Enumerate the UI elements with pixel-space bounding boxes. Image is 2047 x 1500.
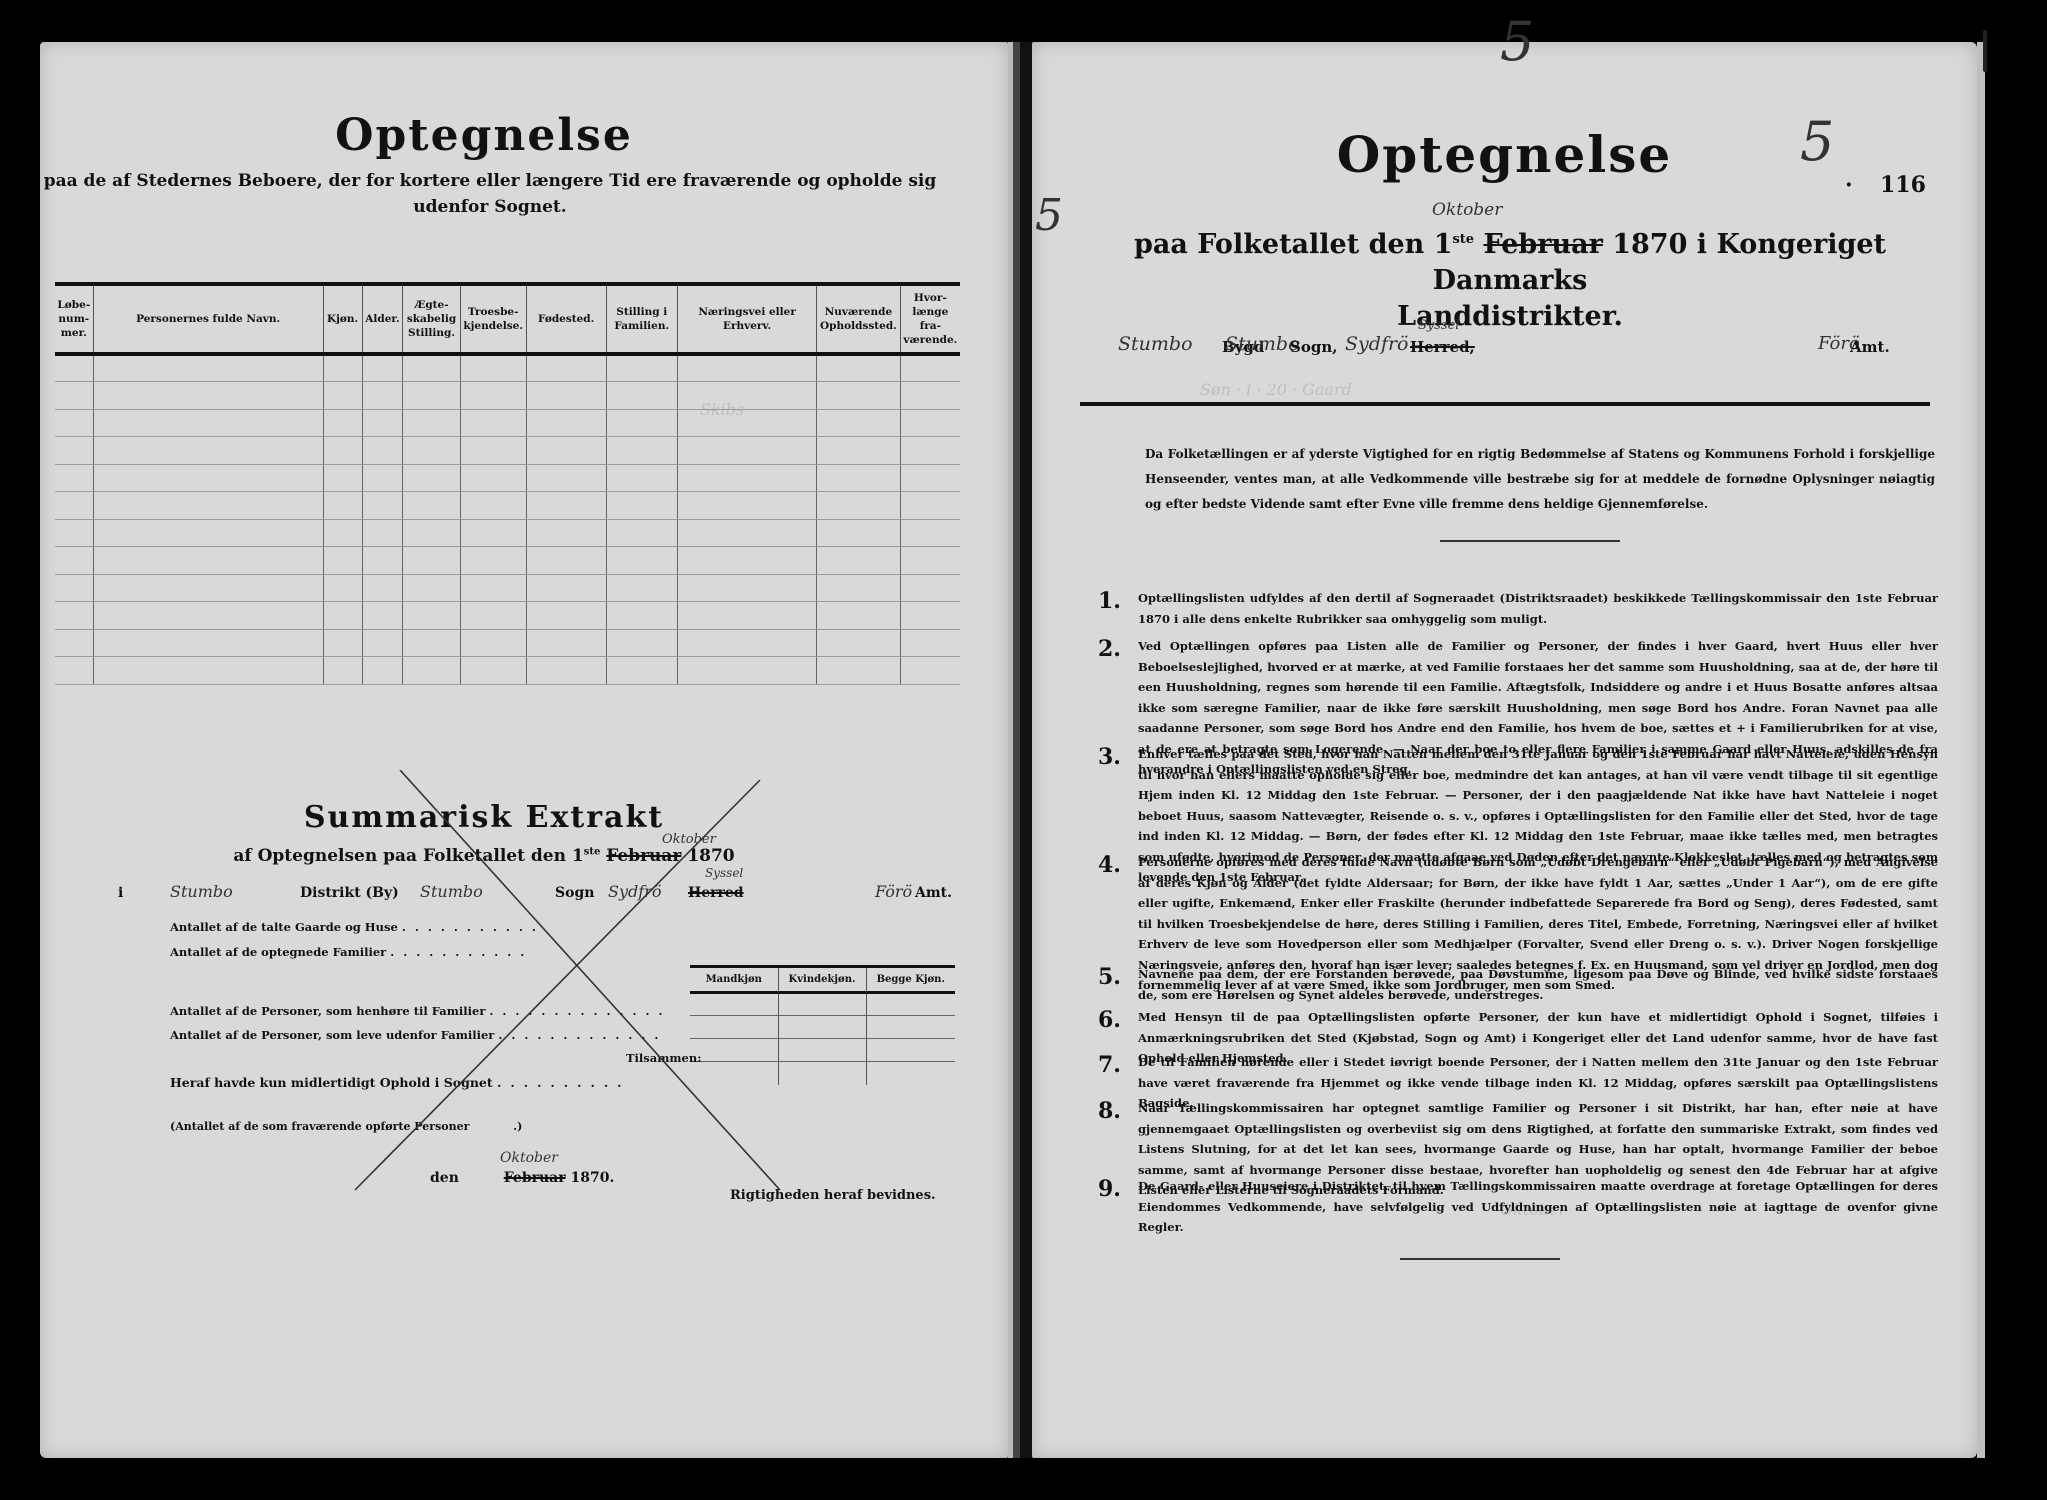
extract-row-families: Antallet af de optegnede Familier ......… bbox=[170, 945, 533, 959]
table-cell bbox=[817, 629, 901, 657]
page-number-dot: · bbox=[1845, 172, 1853, 198]
instruction-item: 9. De Gaard- eller Huuseiere i Distrikte… bbox=[1098, 1176, 1938, 1238]
table-cell bbox=[900, 382, 960, 410]
district-handwritten: Stumbo bbox=[170, 882, 233, 901]
col-header: Stilling i Familien. bbox=[606, 284, 678, 354]
table-cell bbox=[526, 409, 606, 437]
table-cell bbox=[362, 629, 403, 657]
table-row bbox=[690, 1039, 955, 1062]
table-cell bbox=[526, 629, 606, 657]
table-cell bbox=[678, 547, 817, 575]
instruction-item: 1. Optællingslisten udfyldes af den dert… bbox=[1098, 588, 1938, 629]
table-row bbox=[55, 464, 960, 492]
table-cell bbox=[55, 574, 93, 602]
right-page-title: Optegnelse bbox=[1032, 125, 1977, 184]
table-row bbox=[55, 437, 960, 465]
table-cell bbox=[323, 492, 362, 520]
table-cell bbox=[817, 574, 901, 602]
table-cell bbox=[460, 437, 526, 465]
table-cell bbox=[323, 657, 362, 685]
table-cell bbox=[93, 354, 323, 382]
table-cell bbox=[55, 437, 93, 465]
table-cell bbox=[526, 382, 606, 410]
absentees-table: Løbe-num-mer. Personernes fulde Navn. Kj… bbox=[55, 282, 960, 685]
table-cell bbox=[460, 657, 526, 685]
row-close: .) bbox=[513, 1120, 522, 1133]
table-cell bbox=[362, 464, 403, 492]
table-cell bbox=[678, 519, 817, 547]
table-cell bbox=[817, 464, 901, 492]
instruction-text: Navnene paa dem, der ere Forstanden berø… bbox=[1138, 964, 1938, 1005]
table-cell bbox=[900, 409, 960, 437]
struck-month: Februar bbox=[504, 1170, 566, 1186]
col-header: Fødested. bbox=[526, 284, 606, 354]
district-handwritten: Stumbo bbox=[1118, 333, 1193, 355]
parish-handwritten: Stumbo bbox=[1225, 333, 1300, 355]
table-cell bbox=[362, 354, 403, 382]
col-header: Løbe-num-mer. bbox=[55, 284, 93, 354]
table-cell bbox=[460, 547, 526, 575]
table-row bbox=[55, 574, 960, 602]
instruction-number: 5. bbox=[1098, 964, 1121, 990]
table-cell bbox=[403, 492, 460, 520]
table-cell bbox=[817, 437, 901, 465]
table-cell bbox=[362, 409, 403, 437]
instruction-number: 3. bbox=[1098, 744, 1121, 770]
col-header: Troesbe-kjendelse. bbox=[460, 284, 526, 354]
instruction-number: 2. bbox=[1098, 636, 1121, 662]
table-cell bbox=[55, 492, 93, 520]
table-cell bbox=[526, 464, 606, 492]
row-label: Antallet af de talte Gaarde og Huse bbox=[170, 920, 398, 934]
struck-month: Februar bbox=[606, 846, 681, 866]
table-cell bbox=[403, 354, 460, 382]
table-cell bbox=[900, 354, 960, 382]
herred-handwritten: Sydfrö bbox=[1345, 333, 1408, 355]
subtitle-text: af Optegnelsen paa Folketallet den 1 bbox=[233, 846, 583, 866]
table-cell bbox=[323, 437, 362, 465]
handwritten-number: 5 bbox=[1035, 190, 1063, 241]
table-cell bbox=[93, 437, 323, 465]
table-cell bbox=[55, 464, 93, 492]
table-cell bbox=[323, 354, 362, 382]
table-cell bbox=[678, 382, 817, 410]
parish-label: Sogn bbox=[555, 885, 594, 901]
instruction-number: 8. bbox=[1098, 1098, 1121, 1124]
table-cell bbox=[55, 354, 93, 382]
table-cell bbox=[606, 547, 678, 575]
table-cell bbox=[460, 574, 526, 602]
col-header: Mandkjøn bbox=[690, 967, 778, 993]
table-cell bbox=[817, 354, 901, 382]
col-header: Begge Kjøn. bbox=[866, 967, 955, 993]
table-cell bbox=[362, 657, 403, 685]
table-cell bbox=[55, 629, 93, 657]
extract-title: Summarisk Extrakt bbox=[0, 800, 968, 835]
attestation: Rigtigheden heraf bevidnes. bbox=[730, 1188, 936, 1203]
table-cell bbox=[900, 437, 960, 465]
table-cell bbox=[55, 657, 93, 685]
table-cell bbox=[93, 629, 323, 657]
table-cell bbox=[678, 437, 817, 465]
table-cell bbox=[403, 547, 460, 575]
handwritten-number: 5 bbox=[1500, 10, 1534, 73]
extract-row-persons-outside: Antallet af de Personer, som leve udenfo… bbox=[170, 1028, 667, 1042]
extract-subtitle: af Optegnelsen paa Folketallet den 1ste … bbox=[0, 846, 968, 866]
date-year: 1870. bbox=[571, 1170, 615, 1186]
col-header: Personernes fulde Navn. bbox=[93, 284, 323, 354]
table-cell bbox=[678, 574, 817, 602]
row-label: Antallet af de Personer, som henhøre til… bbox=[170, 1004, 485, 1018]
table-cell bbox=[606, 629, 678, 657]
table-cell bbox=[362, 602, 403, 630]
table-cell bbox=[900, 574, 960, 602]
table-cell bbox=[606, 382, 678, 410]
instruction-item: 5. Navnene paa dem, der ere Forstanden b… bbox=[1098, 964, 1938, 1005]
amt-label: Amt. bbox=[1850, 338, 1890, 356]
col-header: Alder. bbox=[362, 284, 403, 354]
table-cell bbox=[323, 464, 362, 492]
parish-handwritten: Stumbo bbox=[420, 882, 483, 901]
table-cell bbox=[526, 519, 606, 547]
table-cell bbox=[93, 657, 323, 685]
table-cell bbox=[362, 382, 403, 410]
table-cell bbox=[526, 657, 606, 685]
left-page-subtitle: paa de af Stedernes Beboere, der for kor… bbox=[40, 168, 940, 220]
table-cell bbox=[817, 409, 901, 437]
date-prefix: den bbox=[430, 1170, 459, 1186]
table-cell bbox=[526, 492, 606, 520]
col-header: Næringsvei eller Erhverv. bbox=[678, 284, 817, 354]
amt-label: Amt. bbox=[915, 885, 952, 901]
col-header: Nuværende Opholdssted. bbox=[817, 284, 901, 354]
table-cell bbox=[678, 409, 817, 437]
table-cell bbox=[526, 437, 606, 465]
table-cell bbox=[900, 492, 960, 520]
extract-row-temporary: Heraf havde kun midlertidigt Ophold i So… bbox=[170, 1075, 631, 1090]
table-row bbox=[55, 382, 960, 410]
book-spine bbox=[1008, 42, 1032, 1458]
table-cell bbox=[900, 629, 960, 657]
bleed-through: Søn · i · 20 · Gaard bbox=[1200, 380, 1352, 399]
table-row bbox=[55, 629, 960, 657]
extract-row-persons-in-families: Antallet af de Personer, som henhøre til… bbox=[170, 1004, 671, 1018]
table-cell bbox=[817, 547, 901, 575]
instruction-text: Optællingslisten udfyldes af den dertil … bbox=[1138, 588, 1938, 629]
struck-month: Februar bbox=[1484, 229, 1603, 260]
table-cell bbox=[900, 657, 960, 685]
row-label: Antallet af de optegnede Familier bbox=[170, 945, 386, 959]
table-row bbox=[690, 1016, 955, 1039]
table-cell bbox=[526, 547, 606, 575]
handwritten-month: Oktober bbox=[662, 832, 716, 847]
handwritten-month: Oktober bbox=[1432, 200, 1502, 220]
table-cell bbox=[403, 602, 460, 630]
table-cell bbox=[460, 382, 526, 410]
table-cell bbox=[403, 657, 460, 685]
table-cell bbox=[678, 354, 817, 382]
table-cell bbox=[93, 519, 323, 547]
table-cell bbox=[606, 354, 678, 382]
table-cell bbox=[362, 547, 403, 575]
table-row bbox=[690, 993, 955, 1016]
table-cell bbox=[460, 409, 526, 437]
instruction-number: 1. bbox=[1098, 588, 1121, 614]
table-row bbox=[55, 602, 960, 630]
intro-text: Da Folketællingen er af yderste Vigtighe… bbox=[1145, 447, 1935, 511]
left-page-title: Optegnelse bbox=[0, 110, 968, 161]
table-cell bbox=[362, 574, 403, 602]
table-cell bbox=[403, 409, 460, 437]
table-cell bbox=[55, 519, 93, 547]
table-cell bbox=[93, 602, 323, 630]
table-cell bbox=[817, 382, 901, 410]
table-cell bbox=[403, 574, 460, 602]
extract-row-absent: (Antallet af de som fraværende opførte P… bbox=[170, 1120, 522, 1133]
row-label: (Antallet af de som fraværende opførte P… bbox=[170, 1120, 469, 1133]
table-cell bbox=[460, 492, 526, 520]
table-cell bbox=[817, 492, 901, 520]
ordinal-sup: ste bbox=[1452, 232, 1474, 247]
table-cell bbox=[323, 547, 362, 575]
table-cell bbox=[362, 492, 403, 520]
ordinal-sup: ste bbox=[584, 846, 601, 857]
col-header: Kjøn. bbox=[323, 284, 362, 354]
col-header: Hvor-længe fra-værende. bbox=[900, 284, 960, 354]
table-cell bbox=[526, 354, 606, 382]
table-cell bbox=[55, 602, 93, 630]
table-cell bbox=[900, 464, 960, 492]
table-cell bbox=[323, 382, 362, 410]
table-cell bbox=[817, 657, 901, 685]
table-cell bbox=[817, 519, 901, 547]
year: 1870 bbox=[687, 846, 734, 866]
table-cell bbox=[678, 629, 817, 657]
subtitle-text: paa Folketallet den 1 bbox=[1134, 229, 1453, 260]
table-cell bbox=[678, 492, 817, 520]
table-cell bbox=[678, 657, 817, 685]
herred-struck: Herred, bbox=[1410, 338, 1475, 356]
col-header: Ægte-skabelig Stilling. bbox=[403, 284, 460, 354]
table-cell bbox=[678, 602, 817, 630]
district-label: Distrikt (By) bbox=[300, 885, 399, 901]
table-cell bbox=[403, 629, 460, 657]
row-label: Antallet af de Personer, som leve udenfo… bbox=[170, 1028, 494, 1042]
page-edge bbox=[1977, 42, 1985, 1458]
intro-paragraph: Da Folketællingen er af yderste Vigtighe… bbox=[1145, 442, 1935, 517]
left-page bbox=[40, 42, 1008, 1458]
herred-hand-sup: Syssel bbox=[1418, 318, 1459, 333]
table-cell bbox=[606, 409, 678, 437]
table-cell bbox=[900, 519, 960, 547]
table-cell bbox=[323, 629, 362, 657]
table-cell bbox=[55, 409, 93, 437]
table-cell bbox=[93, 547, 323, 575]
divider-rule bbox=[1080, 402, 1930, 406]
table-cell bbox=[403, 437, 460, 465]
table-cell bbox=[460, 629, 526, 657]
table-cell bbox=[93, 574, 323, 602]
table-cell bbox=[323, 409, 362, 437]
table-cell bbox=[323, 519, 362, 547]
table-cell bbox=[93, 464, 323, 492]
extract-row-farms: Antallet af de talte Gaarde og Huse ....… bbox=[170, 920, 545, 934]
table-cell bbox=[93, 409, 323, 437]
table-cell bbox=[460, 519, 526, 547]
table-row bbox=[55, 354, 960, 382]
table-cell bbox=[460, 602, 526, 630]
table-cell bbox=[900, 602, 960, 630]
table-row bbox=[55, 409, 960, 437]
table-cell bbox=[606, 437, 678, 465]
table-cell bbox=[55, 382, 93, 410]
table-cell bbox=[362, 519, 403, 547]
table-cell bbox=[606, 464, 678, 492]
table-cell bbox=[323, 574, 362, 602]
table-cell bbox=[606, 492, 678, 520]
amt-handwritten: Förö bbox=[875, 882, 912, 901]
table-row bbox=[55, 547, 960, 575]
table-header-row: Løbe-num-mer. Personernes fulde Navn. Kj… bbox=[55, 284, 960, 354]
table-cell bbox=[606, 574, 678, 602]
instruction-number: 6. bbox=[1098, 1007, 1121, 1033]
table-cell bbox=[55, 547, 93, 575]
table-cell bbox=[526, 602, 606, 630]
table-cell bbox=[93, 382, 323, 410]
table-cell bbox=[460, 354, 526, 382]
table-cell bbox=[900, 547, 960, 575]
table-cell bbox=[403, 382, 460, 410]
col-header: Kvindekjøn. bbox=[778, 967, 866, 993]
instruction-number: 9. bbox=[1098, 1176, 1121, 1202]
extract-date: den Februar 1870. bbox=[430, 1170, 614, 1186]
instruction-number: 4. bbox=[1098, 852, 1121, 878]
table-cell bbox=[817, 602, 901, 630]
table-cell bbox=[93, 492, 323, 520]
sex-summary-table: Mandkjøn Kvindekjøn. Begge Kjøn. bbox=[690, 965, 955, 1085]
page-number: 116 bbox=[1880, 172, 1926, 198]
instruction-number: 7. bbox=[1098, 1052, 1121, 1078]
instruction-text: De Gaard- eller Huuseiere i Distriktet, … bbox=[1138, 1176, 1938, 1238]
table-cell bbox=[606, 602, 678, 630]
location-prefix: i bbox=[118, 885, 123, 901]
table-cell bbox=[362, 437, 403, 465]
right-page-subtitle: paa Folketallet den 1ste Februar 1870 i … bbox=[1100, 222, 1920, 335]
table-cell bbox=[460, 464, 526, 492]
separator-rule bbox=[1440, 540, 1620, 542]
herred-handwritten: Sydfrö bbox=[608, 882, 661, 901]
table-cell bbox=[678, 464, 817, 492]
table-cell bbox=[526, 574, 606, 602]
parish-label: Sogn, bbox=[1290, 338, 1337, 356]
ink-stroke bbox=[1983, 30, 1987, 72]
herred-struck: Herred bbox=[688, 885, 744, 901]
handwritten-month: Oktober bbox=[500, 1150, 558, 1166]
table-row bbox=[690, 1062, 955, 1085]
table-cell bbox=[403, 519, 460, 547]
table-row bbox=[55, 519, 960, 547]
table-row bbox=[55, 657, 960, 685]
extract-row-total: Tilsammen: bbox=[626, 1051, 701, 1065]
table-body bbox=[55, 354, 960, 684]
table-cell bbox=[606, 519, 678, 547]
table-cell bbox=[403, 464, 460, 492]
closing-rule bbox=[1400, 1258, 1560, 1260]
table-cell bbox=[606, 657, 678, 685]
row-label: Heraf havde kun midlertidigt Ophold i So… bbox=[170, 1075, 493, 1090]
table-cell bbox=[323, 602, 362, 630]
table-row bbox=[55, 492, 960, 520]
herred-hand-sup: Syssel bbox=[705, 866, 743, 880]
